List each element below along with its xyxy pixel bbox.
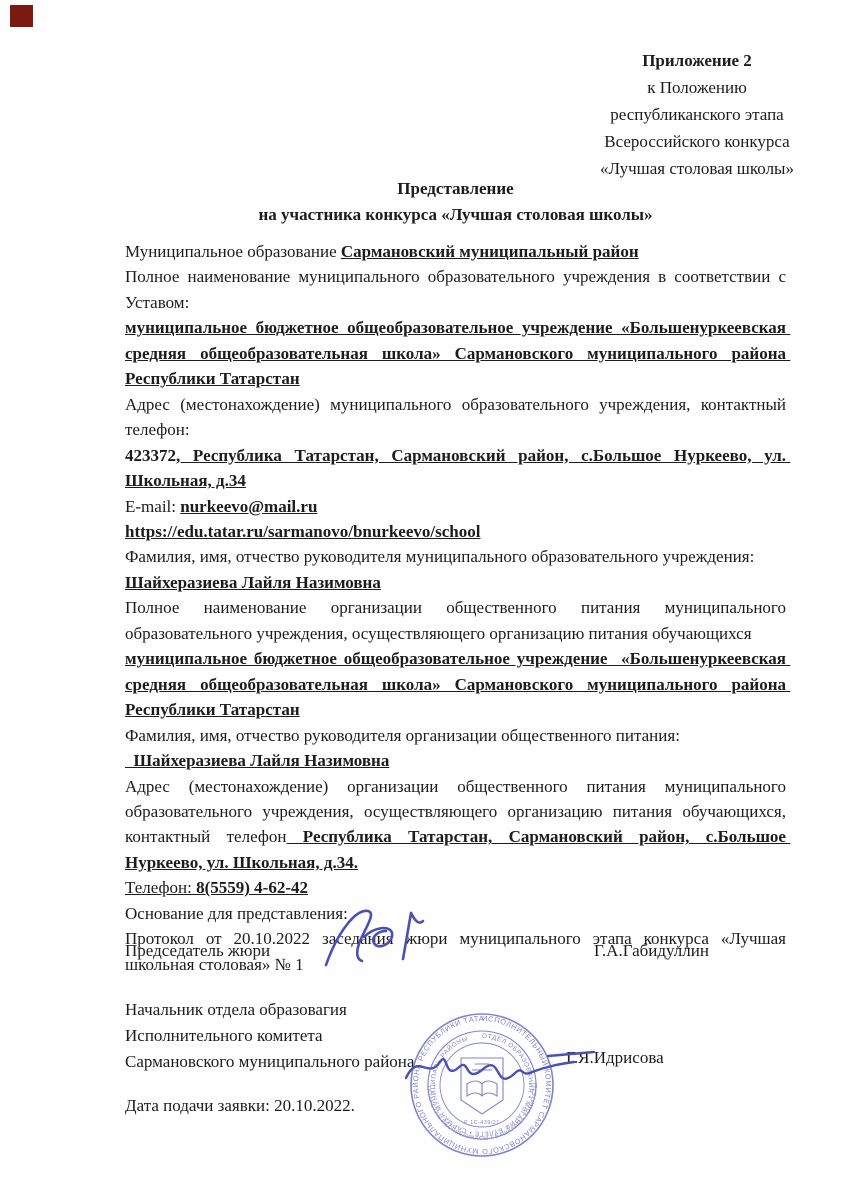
text-run (125, 751, 134, 770)
text-run: Шайхеразиева Лайля Назимовна (134, 751, 390, 770)
text-run: Сармановский муниципальный район (341, 242, 639, 261)
text-run: Фамилия, имя, отчество руководителя муни… (125, 547, 754, 566)
text-run: муниципальное бюджетное общеобразователь… (125, 318, 790, 388)
text-run: https://edu.tatar.ru/sarmanovo/bnurkeevo… (125, 522, 480, 541)
text-run: Полное наименование муниципального образ… (125, 267, 790, 311)
text-run: Полное наименование организации обществе… (125, 598, 790, 642)
paragraph: Полное наименование организации обществе… (125, 595, 786, 646)
paragraph: муниципальное бюджетное общеобразователь… (125, 315, 786, 391)
text-run: Муниципальное образование (125, 242, 341, 261)
jury-chairman-label: Председатель жюри (125, 941, 270, 961)
paragraph: Фамилия, имя, отчество руководителя муни… (125, 544, 786, 569)
paragraph: муниципальное бюджетное общеобразователь… (125, 646, 786, 722)
text-run: nurkeevo@mail.ru (180, 497, 317, 516)
text-line: Начальник отдела образовагия (125, 997, 414, 1023)
paragraph: Полное наименование муниципального образ… (125, 264, 786, 315)
jury-signature-ink (316, 901, 446, 979)
text-run: Основание для представления: (125, 904, 348, 923)
paragraph: 423372, Республика Татарстан, Сармановск… (125, 443, 786, 494)
scan-corner-mark (10, 5, 33, 27)
text-run: E-mail: (125, 497, 180, 516)
paragraph: E-mail: nurkeevo@mail.ru (125, 494, 786, 519)
paragraph: Адрес (местонахождение) муниципального о… (125, 392, 786, 443)
document-title: Представление на участника конкурса «Луч… (125, 176, 786, 228)
text-run: Фамилия, имя, отчество руководителя орга… (125, 726, 680, 745)
paragraph: Телефон: 8(5559) 4-62-42 (125, 875, 786, 900)
title-line-1: Представление (125, 176, 786, 202)
paragraph: Основание для представления: (125, 901, 786, 926)
document-body: Муниципальное образование Сармановский м… (125, 239, 786, 977)
paragraph: Фамилия, имя, отчество руководителя орга… (125, 723, 786, 748)
text-run: , Республика Татарстан, Сармановский рай… (125, 446, 790, 490)
title-line-2: на участника конкурса «Лучшая столовая ш… (125, 202, 786, 228)
text-line: Сармановского муниципального района (125, 1049, 414, 1075)
paragraph: Шайхеразиева Лайля Назимовна (125, 748, 786, 773)
application-date: Дата подачи заявки: 20.10.2022. (125, 1096, 355, 1116)
paragraph: Адрес (местонахождение) организации обще… (125, 774, 786, 876)
text-run: Адрес (местонахождение) муниципального о… (125, 395, 790, 439)
paragraph: https://edu.tatar.ru/sarmanovo/bnurkeevo… (125, 519, 786, 544)
document-page: Приложение 2к Положениюреспубликанского … (0, 0, 848, 1200)
education-head-block: Начальник отдела образовагияИсполнительн… (125, 997, 414, 1075)
text-line: республиканского этапа (562, 101, 832, 128)
text-run: муниципальное бюджетное общеобразователь… (125, 649, 790, 719)
paragraph: Шайхеразиева Лайля Назимовна (125, 570, 786, 595)
paragraph: Муниципальное образование Сармановский м… (125, 239, 786, 264)
text-run: 423372 (125, 446, 176, 465)
text-run: Шайхеразиева Лайля Назимовна (125, 573, 381, 592)
text-run: 8(5559) 4-62-42 (196, 878, 308, 897)
text-run: Телефон: (125, 878, 196, 897)
education-head-signature-ink (398, 1022, 608, 1102)
text-line: Приложение 2 (562, 47, 832, 74)
text-line: Всероссийского конкурса (562, 128, 832, 155)
stamp-micro-text: Р 1С-439/21 (464, 1120, 500, 1126)
text-line: Исполнительного комитета (125, 1023, 414, 1049)
appendix-header: Приложение 2к Положениюреспубликанского … (562, 47, 832, 182)
jury-chairman-name: Г.А.Габидуллин (594, 941, 709, 961)
text-line: к Положению (562, 74, 832, 101)
